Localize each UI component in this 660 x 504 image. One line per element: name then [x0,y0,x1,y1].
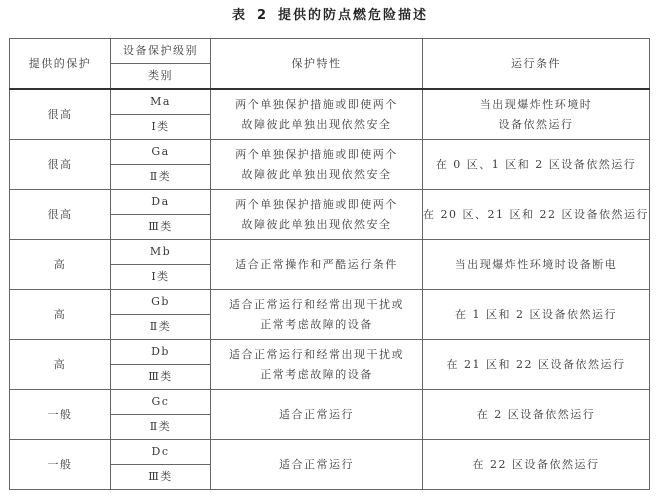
characteristics-line: 适合正常运行 [211,405,422,425]
category-cell: Ⅱ类 [111,165,211,190]
category-cell: Ⅰ类 [111,115,211,140]
characteristics-cell: 适合正常运行和经常出现干扰或正常考虑故障的设备 [211,290,423,340]
characteristics-line: 正常考虑故障的设备 [211,365,422,385]
conditions-cell: 当出现爆炸性环境时设备依然运行 [423,89,650,140]
header-characteristics: 保护特性 [211,39,423,90]
table-body: 很高Ma两个单独保护措施或即使两个故障彼此单独出现依然安全当出现爆炸性环境时设备… [10,89,650,490]
characteristics-cell: 两个单独保护措施或即使两个故障彼此单独出现依然安全 [211,89,423,140]
epl-cell: Ga [111,140,211,165]
conditions-cell: 在 20 区、21 区和 22 区设备依然运行 [423,190,650,240]
ignition-protection-table: 提供的保护 设备保护级别 保护特性 运行条件 类别 很高Ma两个单独保护措施或即… [9,38,650,490]
table-row: 高Mb适合正常操作和严酷运行条件当出现爆炸性环境时设备断电 [10,240,650,265]
category-cell: Ⅱ类 [111,315,211,340]
conditions-cell: 在 22 区设备依然运行 [423,440,650,490]
conditions-cell: 在 2 区设备依然运行 [423,390,650,440]
conditions-cell: 在 0 区、1 区和 2 区设备依然运行 [423,140,650,190]
epl-cell: Db [111,340,211,365]
epl-cell: Mb [111,240,211,265]
category-cell: Ⅲ类 [111,465,211,490]
characteristics-line: 两个单独保护措施或即使两个 [211,195,422,215]
conditions-line: 在 0 区、1 区和 2 区设备依然运行 [423,155,649,175]
table-row: 高Gb适合正常运行和经常出现干扰或正常考虑故障的设备在 1 区和 2 区设备依然… [10,290,650,315]
characteristics-line: 适合正常运行和经常出现干扰或 [211,295,422,315]
table-caption: 表2提供的防点燃危险描述 [0,4,660,23]
header-category: 类别 [111,64,211,90]
epl-cell: Da [111,190,211,215]
caption-number: 2 [257,8,268,23]
table-row: 很高Ma两个单独保护措施或即使两个故障彼此单独出现依然安全当出现爆炸性环境时设备… [10,89,650,115]
category-cell: Ⅱ类 [111,415,211,440]
conditions-line: 在 1 区和 2 区设备依然运行 [423,305,649,325]
conditions-cell: 在 21 区和 22 区设备依然运行 [423,340,650,390]
characteristics-line: 两个单独保护措施或即使两个 [211,145,422,165]
protection-level-cell: 高 [10,340,111,390]
protection-level-cell: 一般 [10,390,111,440]
protection-level-cell: 很高 [10,190,111,240]
characteristics-cell: 适合正常运行 [211,390,423,440]
caption-prefix: 表 [232,8,247,23]
table-row: 一般Dc适合正常运行在 22 区设备依然运行 [10,440,650,465]
conditions-cell: 当出现爆炸性环境时设备断电 [423,240,650,290]
header-epl: 设备保护级别 [111,39,211,64]
epl-cell: Dc [111,440,211,465]
characteristics-cell: 两个单独保护措施或即使两个故障彼此单独出现依然安全 [211,190,423,240]
header-row: 提供的保护 设备保护级别 保护特性 运行条件 [10,39,650,64]
characteristics-line: 适合正常操作和严酷运行条件 [211,255,422,275]
conditions-line: 在 22 区设备依然运行 [423,455,649,475]
characteristics-line: 故障彼此单独出现依然安全 [211,115,422,135]
conditions-line: 当出现爆炸性环境时设备断电 [423,255,649,275]
epl-cell: Ma [111,89,211,115]
characteristics-line: 故障彼此单独出现依然安全 [211,215,422,235]
conditions-line: 在 21 区和 22 区设备依然运行 [423,355,649,375]
category-cell: Ⅲ类 [111,365,211,390]
protection-level-cell: 高 [10,290,111,340]
protection-level-cell: 很高 [10,140,111,190]
epl-cell: Gb [111,290,211,315]
category-cell: Ⅰ类 [111,265,211,290]
conditions-cell: 在 1 区和 2 区设备依然运行 [423,290,650,340]
characteristics-line: 两个单独保护措施或即使两个 [211,95,422,115]
characteristics-line: 故障彼此单独出现依然安全 [211,165,422,185]
characteristics-line: 正常考虑故障的设备 [211,315,422,335]
conditions-line: 在 20 区、21 区和 22 区设备依然运行 [423,205,649,225]
table-row: 高Db适合正常运行和经常出现干扰或正常考虑故障的设备在 21 区和 22 区设备… [10,340,650,365]
characteristics-cell: 两个单独保护措施或即使两个故障彼此单独出现依然安全 [211,140,423,190]
header-protection: 提供的保护 [10,39,111,90]
conditions-line: 设备依然运行 [423,115,649,135]
characteristics-cell: 适合正常操作和严酷运行条件 [211,240,423,290]
characteristics-line: 适合正常运行和经常出现干扰或 [211,345,422,365]
category-cell: Ⅲ类 [111,215,211,240]
caption-text: 提供的防点燃危险描述 [278,8,428,23]
protection-level-cell: 很高 [10,89,111,140]
conditions-line: 在 2 区设备依然运行 [423,405,649,425]
table-row: 很高Ga两个单独保护措施或即使两个故障彼此单独出现依然安全在 0 区、1 区和 … [10,140,650,165]
protection-level-cell: 一般 [10,440,111,490]
characteristics-cell: 适合正常运行 [211,440,423,490]
conditions-line: 当出现爆炸性环境时 [423,95,649,115]
table-row: 一般Gc适合正常运行在 2 区设备依然运行 [10,390,650,415]
epl-cell: Gc [111,390,211,415]
header-conditions: 运行条件 [423,39,650,90]
characteristics-line: 适合正常运行 [211,455,422,475]
table-row: 很高Da两个单独保护措施或即使两个故障彼此单独出现依然安全在 20 区、21 区… [10,190,650,215]
characteristics-cell: 适合正常运行和经常出现干扰或正常考虑故障的设备 [211,340,423,390]
protection-level-cell: 高 [10,240,111,290]
